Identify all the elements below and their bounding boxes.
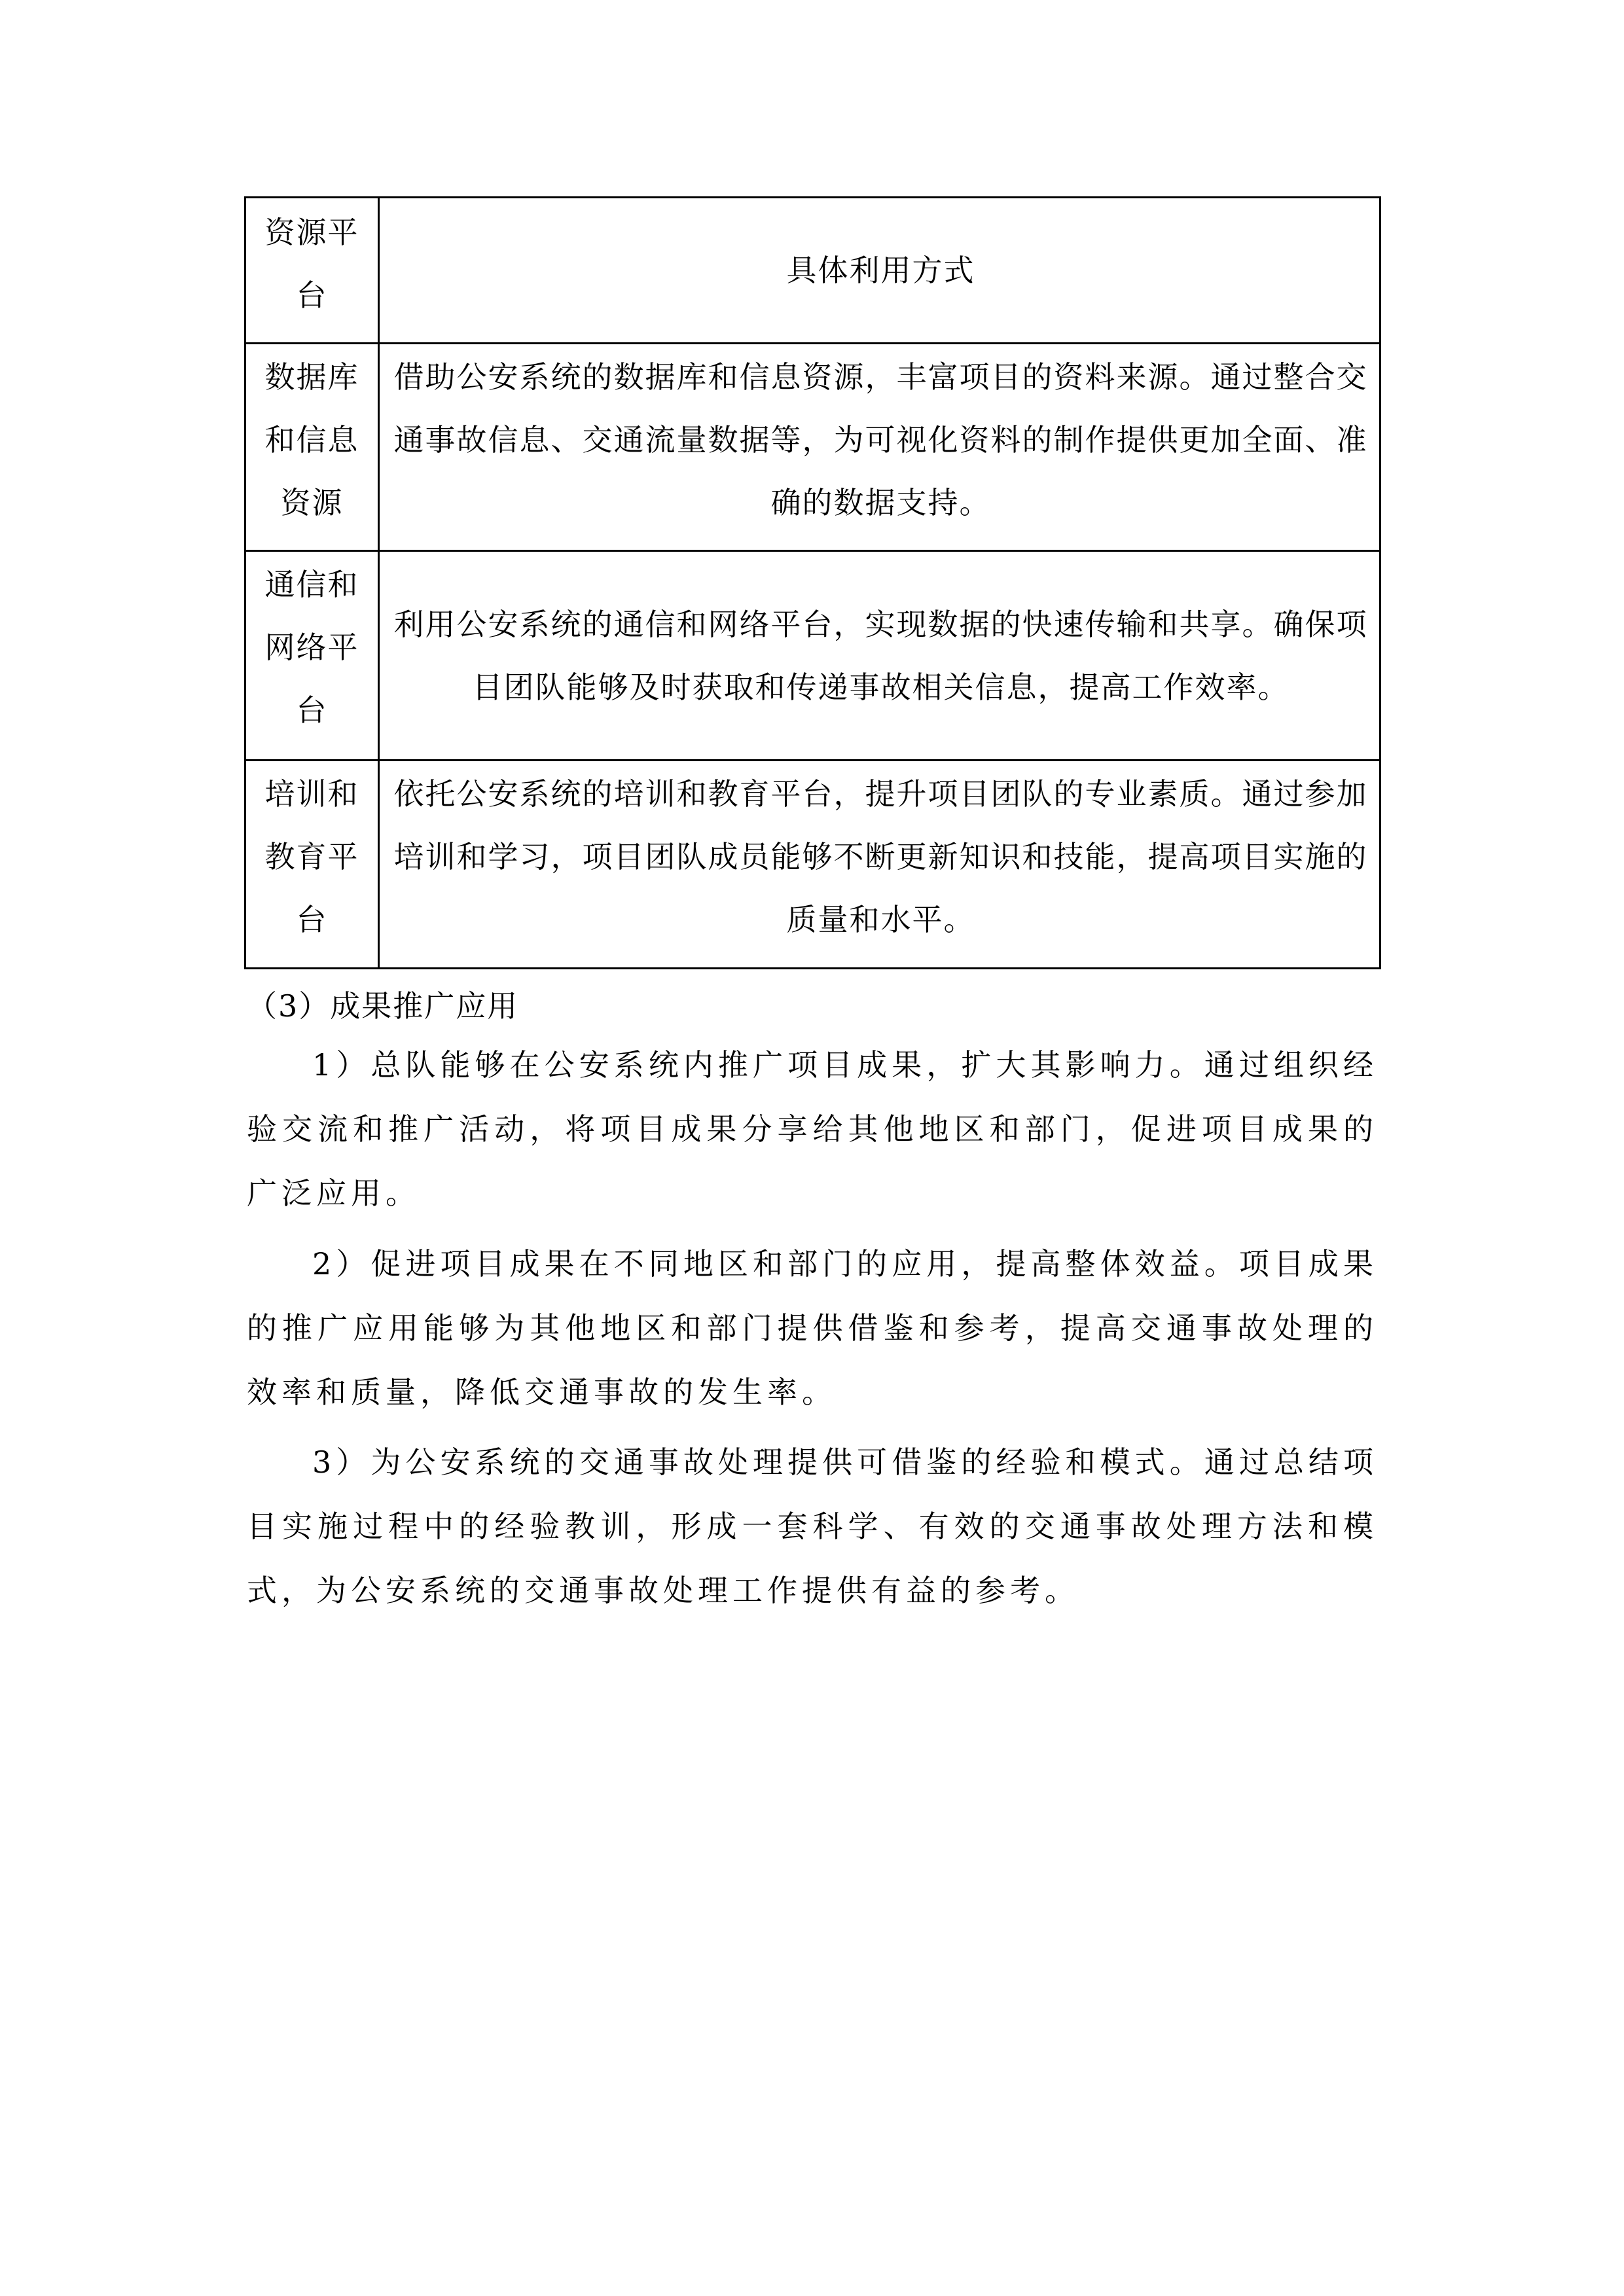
table-cell-platform: 通信和网络平台 [245, 551, 379, 761]
platform-name: 数据库和信息资源 [261, 344, 363, 534]
paragraph-2: 2）促进项目成果在不同地区和部门的应用，提高整体效益。项目成果的推广应用能够为其… [247, 1232, 1378, 1424]
document-page: 资源平台 具体利用方式 数据库和信息资源 借助公安系统的数据库和信息资源，丰富项… [0, 0, 1624, 2296]
usage-description: 依托公安系统的培训和教育平台，提升项目团队的专业素质。通过参加培训和学习，项目团… [389, 761, 1373, 951]
table-cell-usage: 依托公安系统的培训和教育平台，提升项目团队的专业素质。通过参加培训和学习，项目团… [379, 761, 1380, 969]
usage-description: 借助公安系统的数据库和信息资源，丰富项目的资料来源。通过整合交通事故信息、交通流… [389, 344, 1373, 534]
table-header-cell-platform: 资源平台 [245, 198, 379, 344]
header-platform-label: 资源平台 [261, 198, 363, 327]
table-header-cell-usage: 具体利用方式 [379, 198, 1380, 344]
resource-platform-table: 资源平台 具体利用方式 数据库和信息资源 借助公安系统的数据库和信息资源，丰富项… [244, 196, 1381, 969]
section-heading: （3）成果推广应用 [247, 975, 518, 1037]
table-cell-platform: 培训和教育平台 [245, 761, 379, 969]
table-row: 通信和网络平台 利用公安系统的通信和网络平台，实现数据的快速传输和共享。确保项目… [245, 551, 1380, 761]
platform-name: 通信和网络平台 [261, 552, 363, 742]
paragraph-3: 3）为公安系统的交通事故处理提供可借鉴的经验和模式。通过总结项目实施过程中的经验… [247, 1430, 1378, 1623]
table-cell-platform: 数据库和信息资源 [245, 344, 379, 551]
usage-description: 利用公安系统的通信和网络平台，实现数据的快速传输和共享。确保项目团队能够及时获取… [389, 593, 1373, 719]
table-header-row: 资源平台 具体利用方式 [245, 198, 1380, 344]
table-cell-usage: 借助公安系统的数据库和信息资源，丰富项目的资料来源。通过整合交通事故信息、交通流… [379, 344, 1380, 551]
header-usage-label: 具体利用方式 [389, 239, 1373, 302]
table-cell-usage: 利用公安系统的通信和网络平台，实现数据的快速传输和共享。确保项目团队能够及时获取… [379, 551, 1380, 761]
paragraph-1: 1）总队能够在公安系统内推广项目成果，扩大其影响力。通过组织经验交流和推广活动，… [247, 1033, 1378, 1225]
table-row: 数据库和信息资源 借助公安系统的数据库和信息资源，丰富项目的资料来源。通过整合交… [245, 344, 1380, 551]
table-row: 培训和教育平台 依托公安系统的培训和教育平台，提升项目团队的专业素质。通过参加培… [245, 761, 1380, 969]
platform-name: 培训和教育平台 [261, 761, 363, 951]
